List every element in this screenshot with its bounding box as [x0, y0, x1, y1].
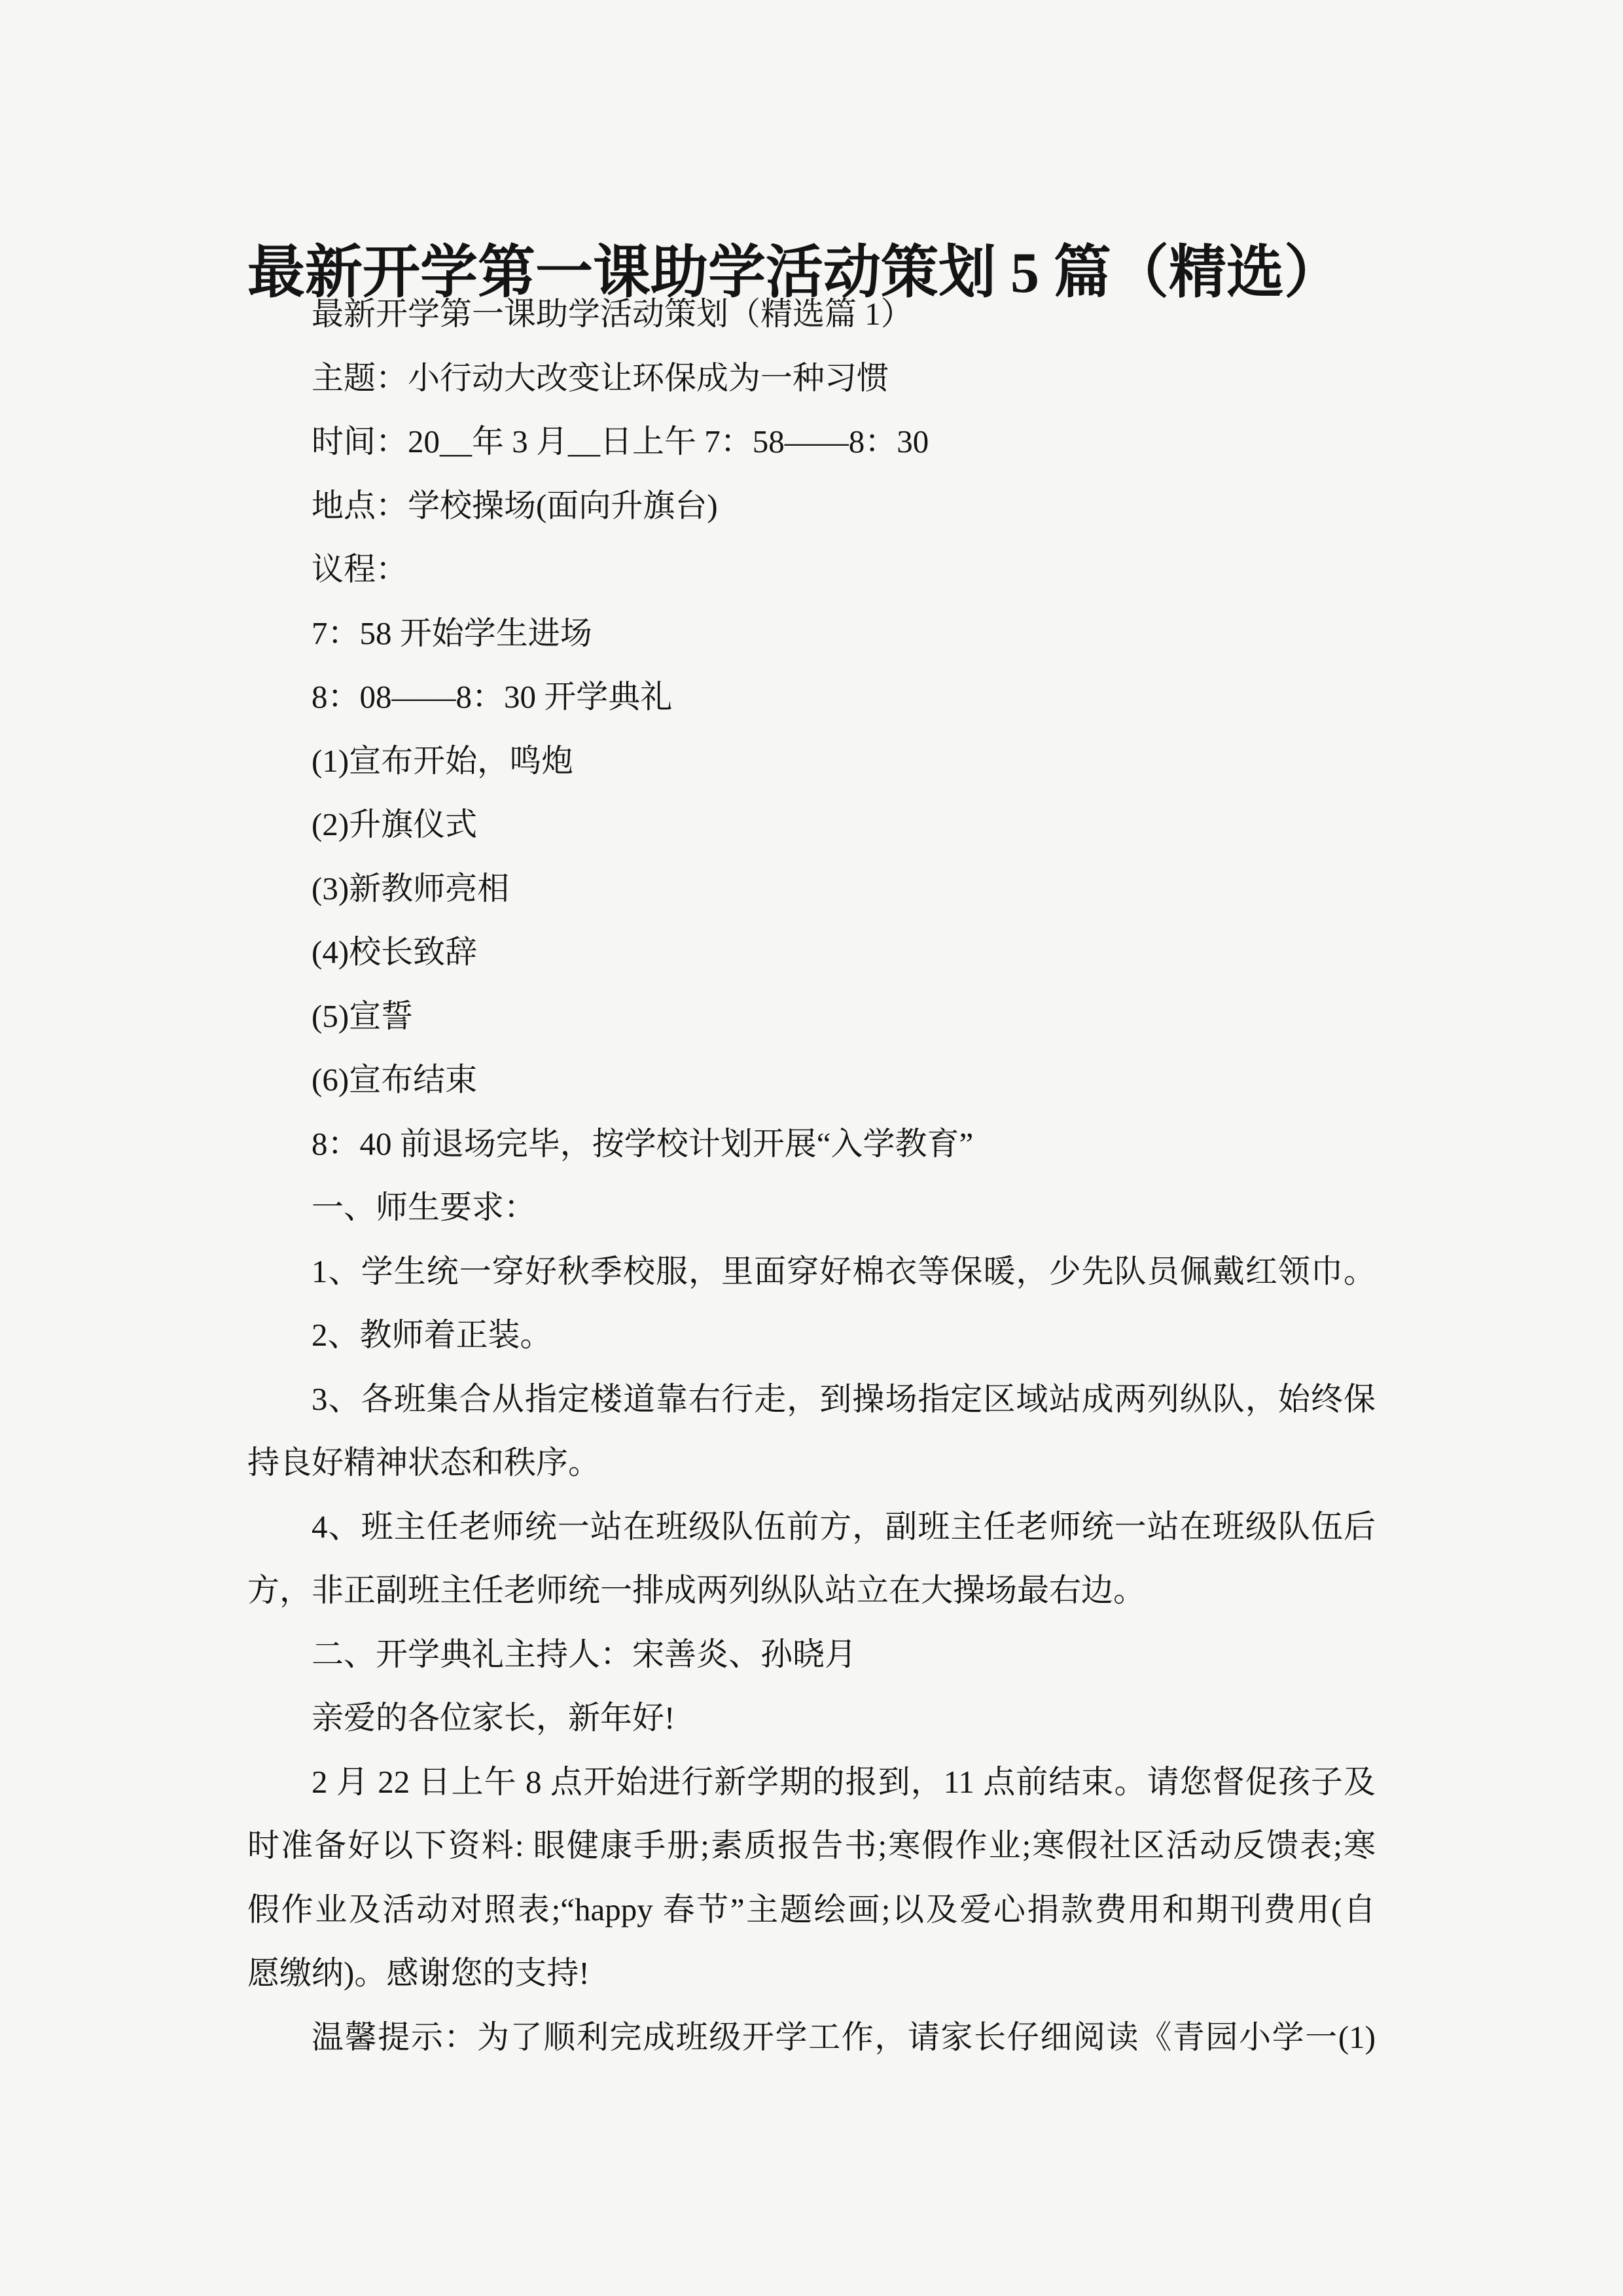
text-line: 一、师生要求：	[247, 1175, 1376, 1240]
text-line: 4、班主任老师统一站在班级队伍前方，副班主任老师统一站在班级队伍后	[247, 1495, 1376, 1559]
text-line: (2)升旗仪式	[247, 793, 1376, 857]
text-line: 7：58 开始学生进场	[247, 601, 1376, 666]
text-line: 最新开学第一课助学活动策划（精选篇 1）	[247, 282, 1376, 346]
text-line: 假作业及活动对照表;“happy 春节”主题绘画;以及爱心捐款费用和期刊费用(自	[247, 1878, 1376, 1942]
text-line: (1)宣布开始，鸣炮	[247, 729, 1376, 793]
text-line: 8：08——8：30 开学典礼	[247, 665, 1376, 729]
text-line: (3)新教师亮相	[247, 857, 1376, 921]
text-line: 时间：20__年 3 月__日上午 7：58——8：30	[247, 410, 1376, 474]
text-line: 主题：小行动大改变让环保成为一种习惯	[247, 346, 1376, 410]
text-line: (6)宣布结束	[247, 1048, 1376, 1112]
document-page: 最新开学第一课助学活动策划 5 篇（精选） 最新开学第一课助学活动策划（精选篇 …	[0, 0, 1623, 2296]
text-line: (4)校长致辞	[247, 920, 1376, 984]
text-line: 亲爱的各位家长，新年好!	[247, 1686, 1376, 1750]
text-line: 议程：	[247, 537, 1376, 601]
document-body: 最新开学第一课助学活动策划（精选篇 1）主题：小行动大改变让环保成为一种习惯时间…	[247, 282, 1376, 2069]
text-line: 方，非正副班主任老师统一排成两列纵队站立在大操场最右边。	[247, 1558, 1376, 1623]
text-line: 时准备好以下资料: 眼健康手册;素质报告书;寒假作业;寒假社区活动反馈表;寒	[247, 1814, 1376, 1878]
text-line: 愿缴纳)。感谢您的支持!	[247, 1941, 1376, 2005]
text-line: (5)宣誓	[247, 984, 1376, 1049]
text-line: 1、学生统一穿好秋季校服，里面穿好棉衣等保暖，少先队员佩戴红领巾。	[247, 1240, 1376, 1304]
text-line: 温馨提示：为了顺利完成班级开学工作，请家长仔细阅读《青园小学一(1)	[247, 2005, 1376, 2070]
text-line: 8：40 前退场完毕，按学校计划开展“入学教育”	[247, 1112, 1376, 1176]
text-line: 地点：学校操场(面向升旗台)	[247, 474, 1376, 538]
text-line: 3、各班集合从指定楼道靠右行走，到操场指定区域站成两列纵队，始终保	[247, 1367, 1376, 1431]
text-line: 持良好精神状态和秩序。	[247, 1431, 1376, 1495]
text-line: 2 月 22 日上午 8 点开始进行新学期的报到，11 点前结束。请您督促孩子及	[247, 1750, 1376, 1814]
text-line: 2、教师着正装。	[247, 1303, 1376, 1367]
text-line: 二、开学典礼主持人：宋善炎、孙晓月	[247, 1623, 1376, 1687]
